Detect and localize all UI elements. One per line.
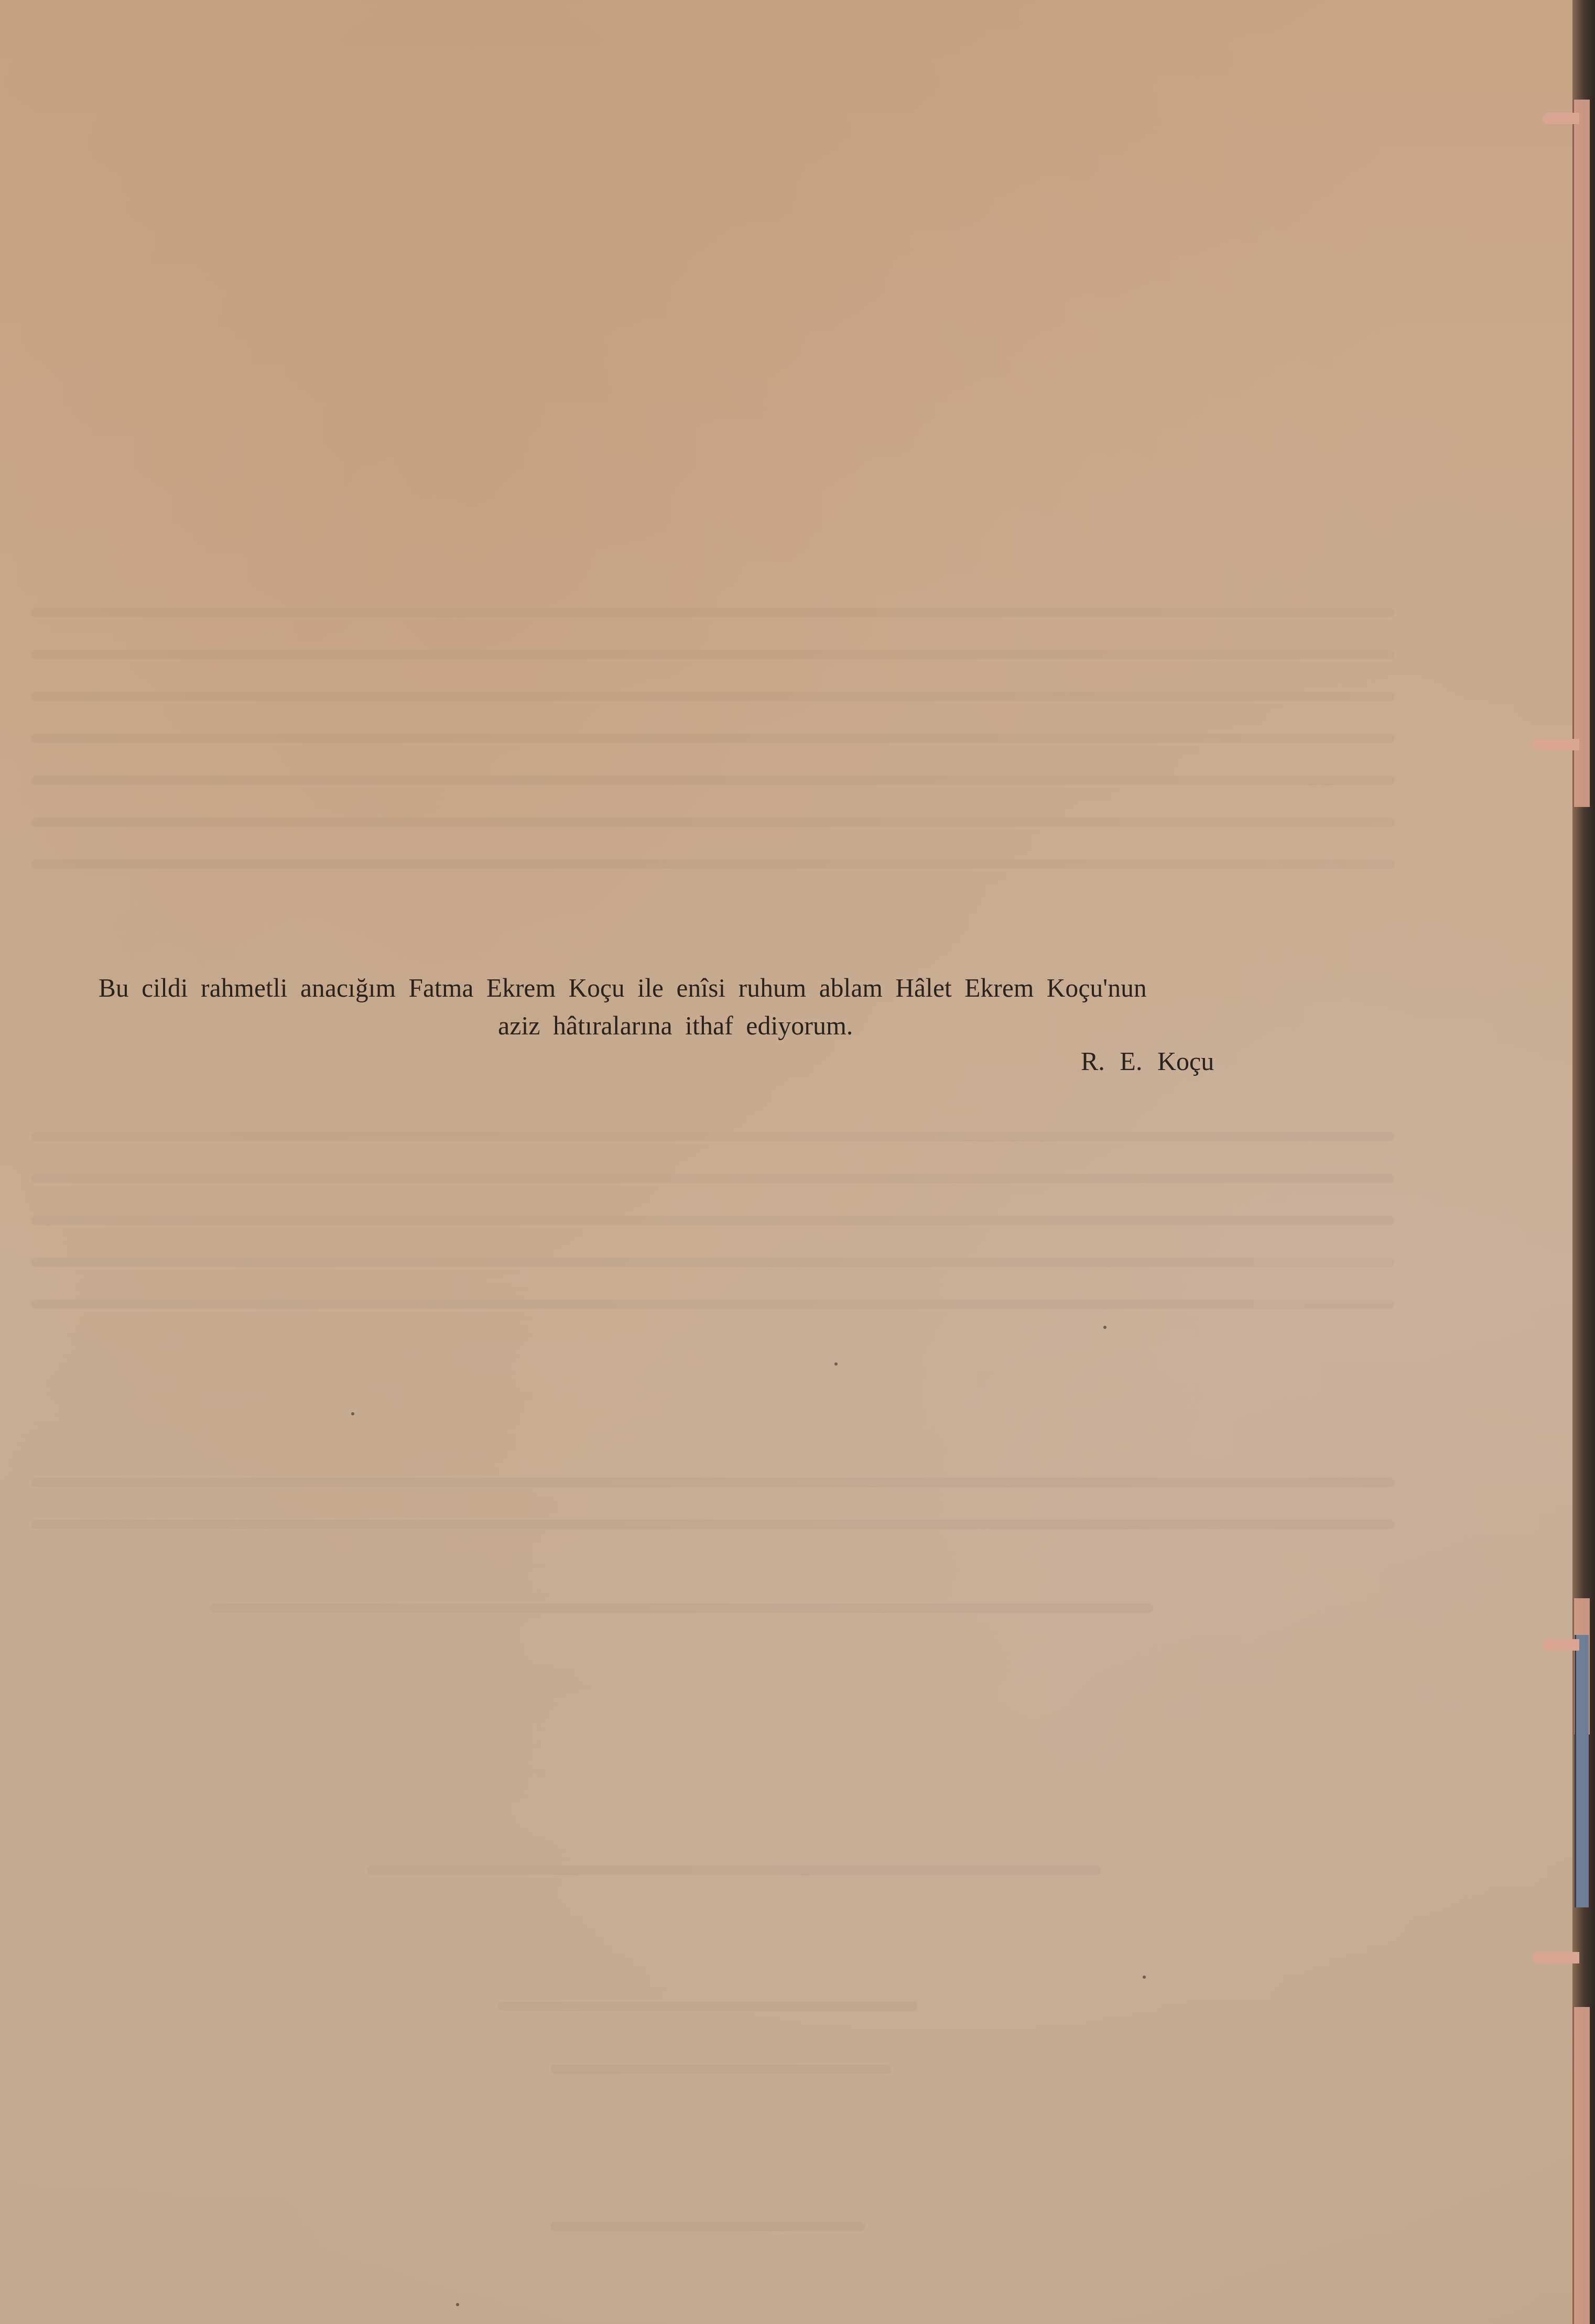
spine-repair-tape [1572,2007,1590,2324]
paper-tear [1543,113,1579,124]
paper-tear [1532,1952,1579,1963]
dedication-line-1: Bu cildi rahmetli anacığım Fatma Ekrem K… [99,975,1343,1001]
bleed-through-text [367,1865,1101,1875]
bleed-through-text [31,1300,1394,1309]
bleed-through-text [31,734,1394,743]
bleed-through-text [31,1174,1394,1183]
spine-cloth-binding [1575,1635,1589,1907]
paper-tear [1543,1639,1579,1651]
paper-speck [1143,1976,1146,1979]
bleed-through-text [31,650,1394,659]
bleed-through-text [31,1132,1394,1141]
bleed-through-text [550,2065,891,2074]
bleed-through-text [31,776,1394,785]
bleed-through-text [210,1603,1153,1613]
bleed-through-text [31,1216,1394,1225]
bleed-through-text [31,692,1394,701]
paper-speck [351,1412,354,1415]
paper-speck [834,1362,838,1366]
bleed-through-text [31,1520,1394,1529]
bleed-through-text [550,2222,865,2231]
paper-page: Bu cildi rahmetli anacığım Fatma Ekrem K… [0,0,1572,2324]
bleed-through-text [498,2002,917,2011]
spine-repair-tape [1572,100,1590,807]
paper-speck [456,2303,459,2306]
paper-tear [1532,739,1579,750]
dedication-line-2: aziz hâtıralarına ithaf ediyorum. [498,1012,853,1039]
bleed-through-text [31,608,1394,617]
author-signature: R. E. Koçu [1081,1048,1214,1074]
bleed-through-text [31,1258,1394,1267]
bleed-through-text [31,817,1394,827]
bleed-through-text [31,859,1394,869]
paper-speck [1103,1326,1106,1329]
bleed-through-text [31,1478,1394,1487]
